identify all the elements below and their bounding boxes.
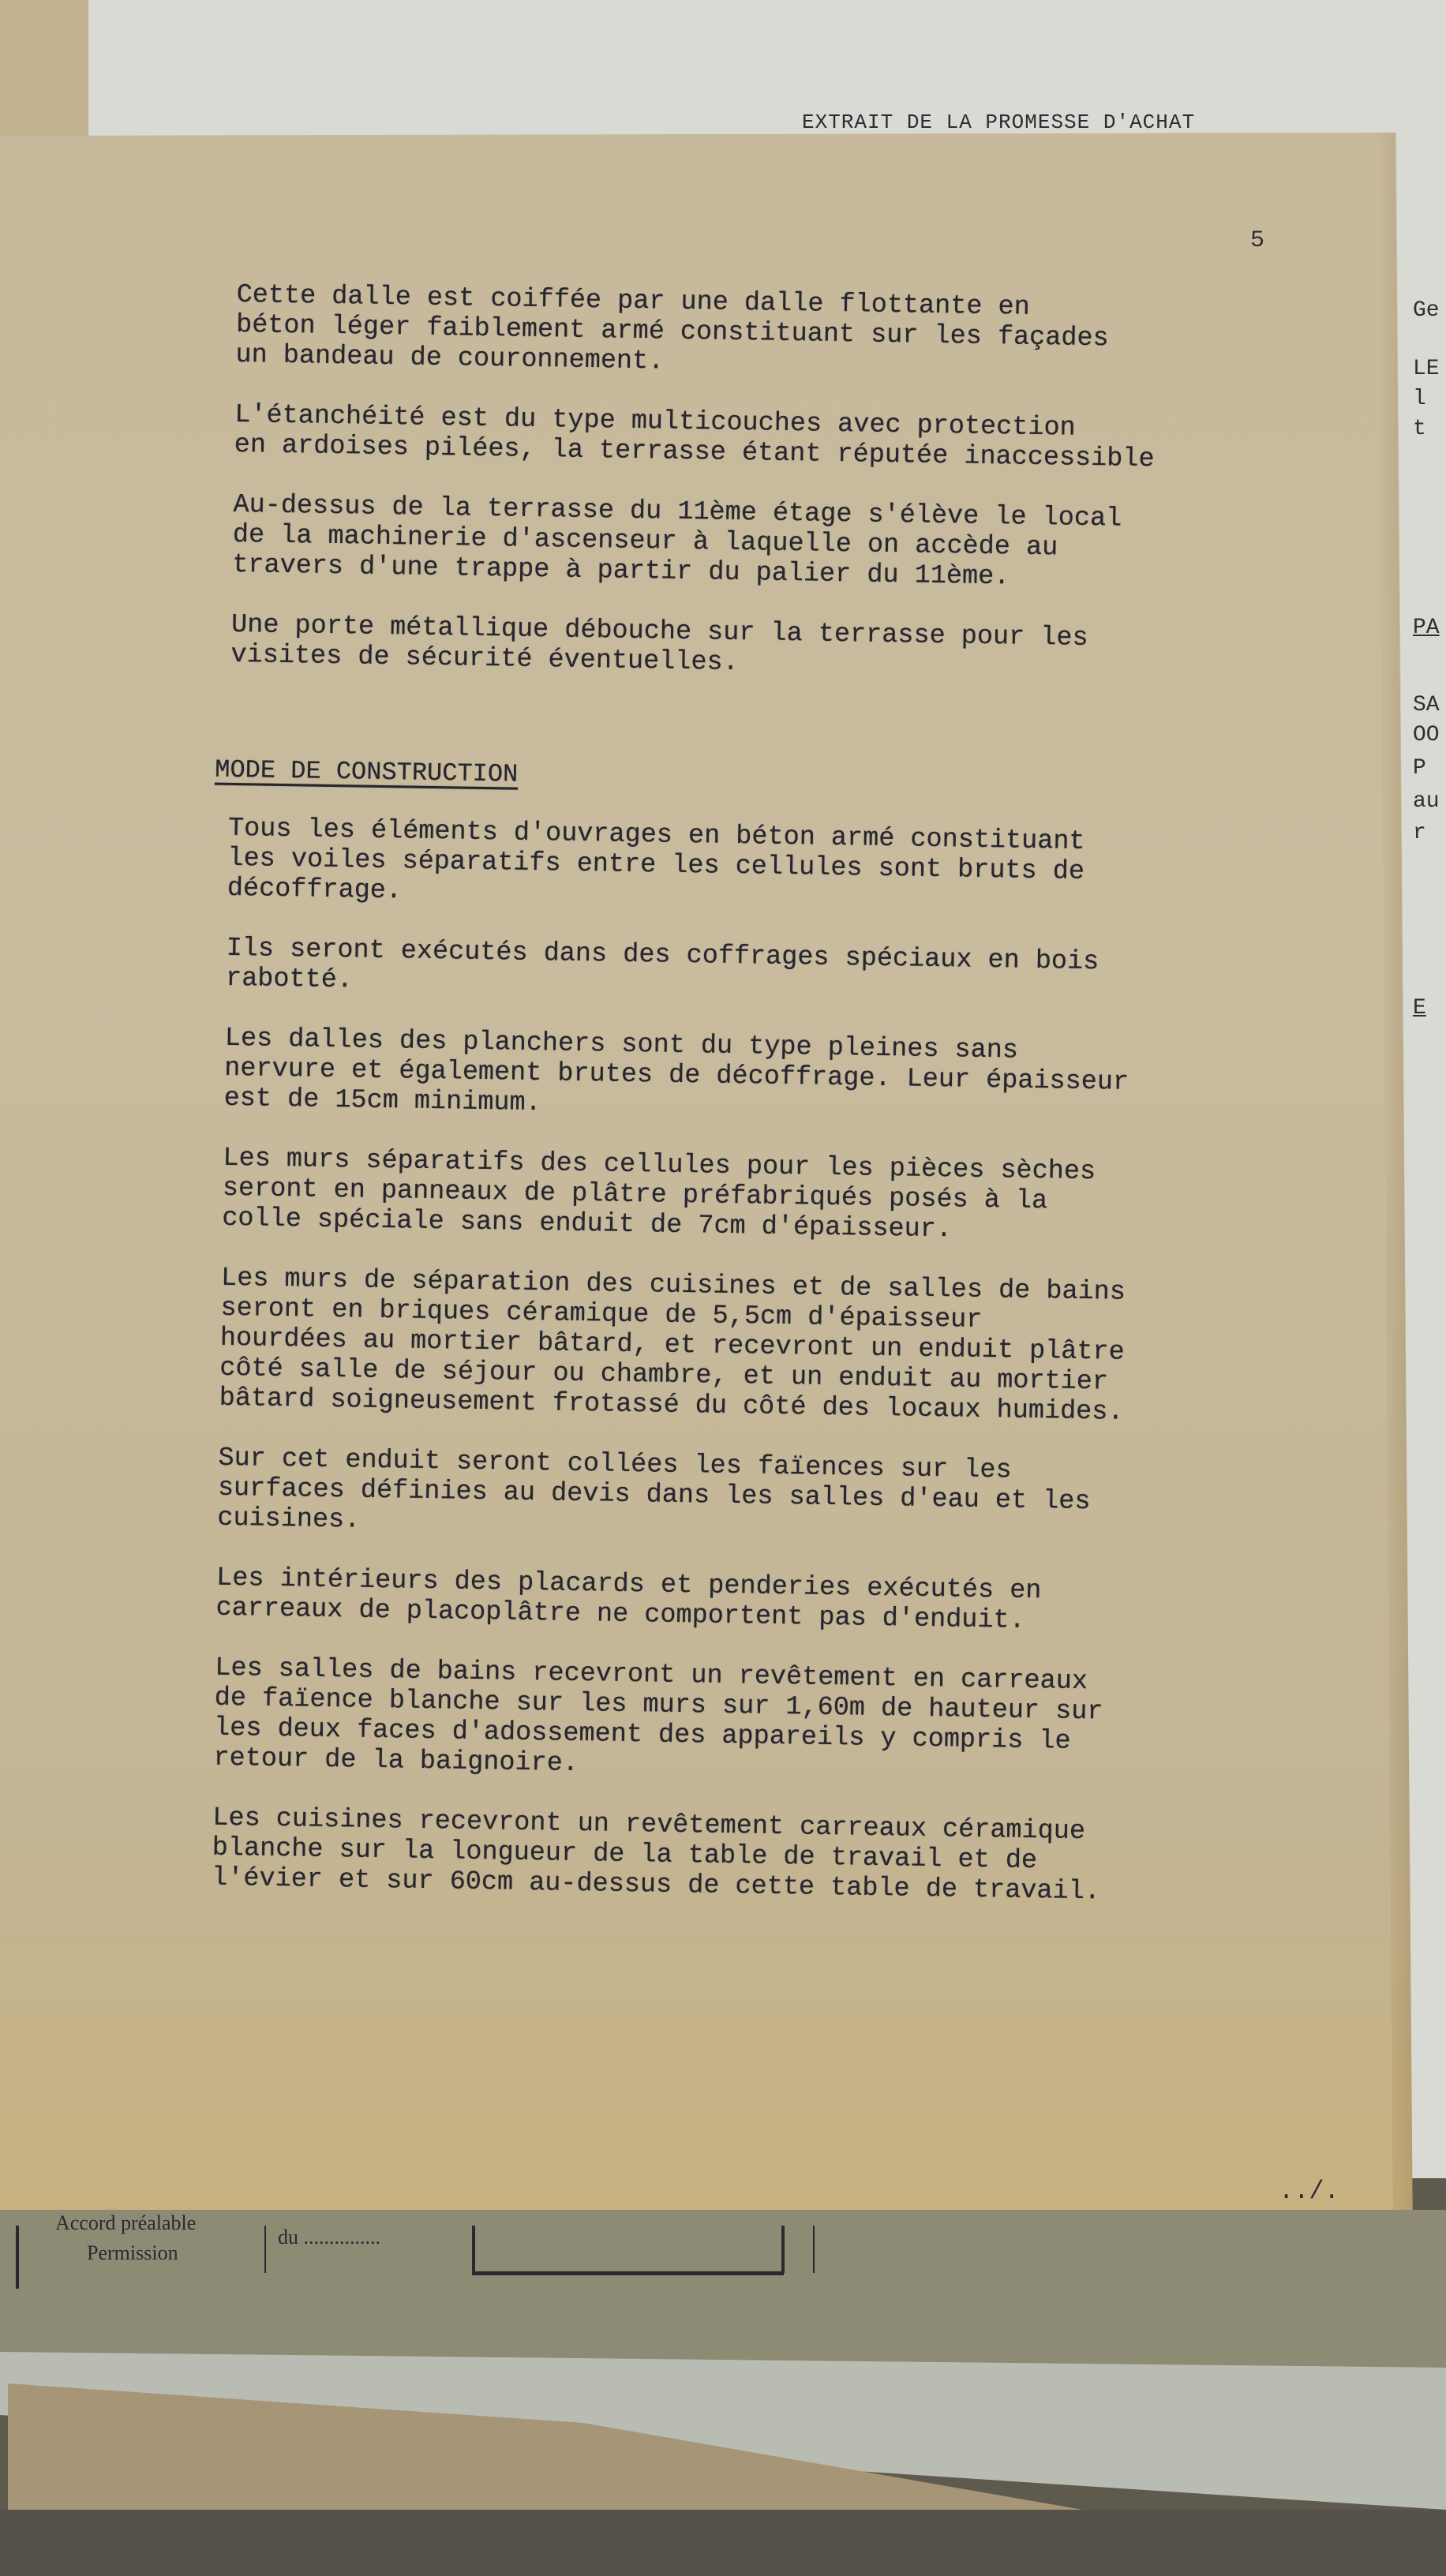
desk-surface — [0, 2510, 1446, 2576]
section-heading: MODE DE CONSTRUCTION — [215, 755, 519, 790]
back-margin-fragment: l — [1413, 387, 1426, 411]
back-margin-fragment: Ge — [1413, 298, 1440, 323]
continuation-mark: ../. — [1279, 2177, 1339, 2206]
back-margin-fragment: E — [1413, 996, 1426, 1020]
paragraph: Tous les éléments d'ouvrages en béton ar… — [227, 814, 1397, 922]
back-margin-fragment: SA — [1413, 693, 1440, 717]
back-margin-fragment: au — [1413, 789, 1440, 814]
back-sheet-header: EXTRAIT DE LA PROMESSE D'ACHAT — [802, 110, 1195, 134]
paragraph: Les murs de séparation des cuisines et d… — [219, 1264, 1389, 1432]
paragraph: Les salles de bains recevront un revêtem… — [213, 1653, 1383, 1792]
paragraph: Au-dessus de la terrasse du 11ème étage … — [232, 490, 1402, 598]
paragraph: L'étanchéité est du type multicouches av… — [234, 400, 1403, 478]
back-margin-fragment: OO — [1413, 723, 1440, 747]
back-margin-fragment: PA — [1413, 616, 1440, 640]
page-number: 5 — [1250, 227, 1264, 254]
form-divider — [264, 2226, 266, 2273]
paragraph: Les dalles des planchers sont du type pl… — [223, 1024, 1393, 1132]
back-margin-fragment: P — [1413, 756, 1426, 781]
back-margin-fragment: r — [1413, 821, 1426, 845]
left-folder-edge — [0, 0, 88, 158]
back-margin-fragment: LE — [1413, 357, 1440, 381]
form-divider — [813, 2226, 815, 2273]
form-border — [16, 2226, 19, 2289]
page-body: Cette dalle est coiffée par une dalle fl… — [211, 280, 1405, 1941]
paragraph: Les cuisines recevront un revêtement car… — [212, 1803, 1381, 1911]
paragraph: Une porte métallique débouche sur la ter… — [230, 610, 1399, 688]
paragraph: Les murs séparatifs des cellules pour le… — [222, 1144, 1392, 1252]
form-box-left — [472, 2226, 475, 2273]
paragraph: Cette dalle est coiffée par une dalle fl… — [235, 280, 1405, 388]
form-box-right — [781, 2226, 785, 2273]
form-label-permission: Permission — [87, 2241, 178, 2265]
form-field-date: du ............... — [278, 2226, 380, 2249]
paragraph: Ils seront exécutés dans des coffrages s… — [226, 934, 1395, 1012]
paragraph: Les intérieurs des placards et penderies… — [215, 1563, 1384, 1642]
form-box-bottom — [472, 2271, 784, 2275]
paragraph: Sur cet enduit seront collées les faïenc… — [217, 1443, 1387, 1552]
back-margin-fragment: t — [1413, 417, 1426, 441]
form-label-top: Accord préalable — [55, 2211, 196, 2235]
